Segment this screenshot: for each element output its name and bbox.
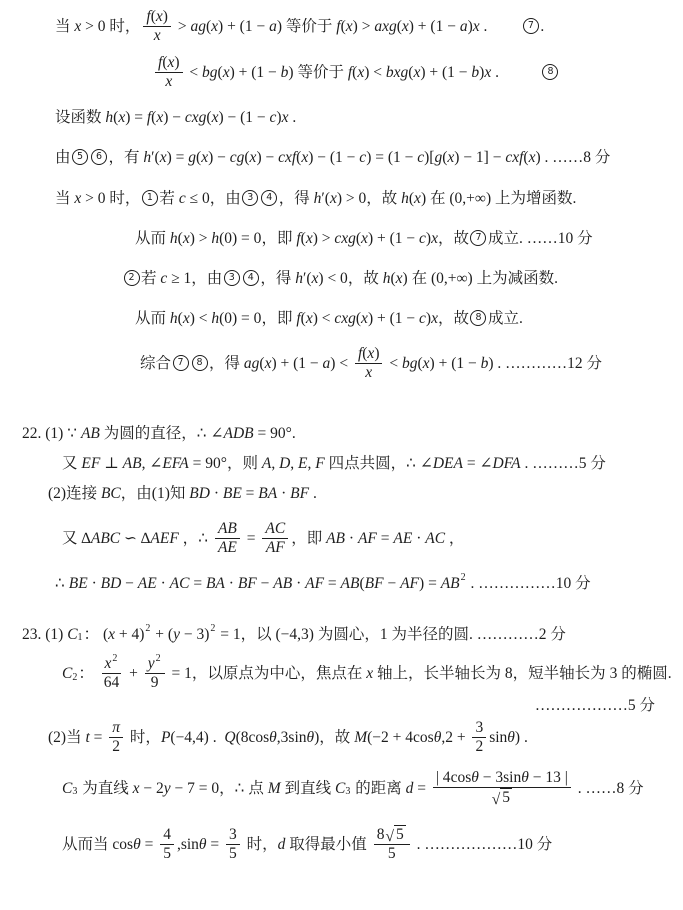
text-run: ，得 bbox=[260, 269, 295, 288]
math-run: c ≥ 1 bbox=[160, 269, 191, 288]
math-variable: M bbox=[268, 780, 281, 797]
math-variable: θ bbox=[307, 729, 315, 746]
math-variable: AC bbox=[425, 530, 445, 547]
math-variable: AF bbox=[266, 539, 285, 556]
line-23-minimum: 从而当 cosθ = 45,sinθ = 35 时，d 取得最小值 8√55 .… bbox=[62, 825, 552, 864]
line-case1: 当 x > 0 时，1若 c ≤ 0，由34，得 h′(x) > 0，故 h(x… bbox=[55, 189, 576, 208]
math-variable: c bbox=[419, 310, 426, 327]
fraction: 8√55 bbox=[374, 825, 410, 864]
math-run: f(x) > axg(x) + (1 − a)x . bbox=[336, 17, 487, 36]
math-run: 5 bbox=[229, 845, 237, 863]
text-run: 从而当 bbox=[62, 835, 112, 854]
math-operator: − 3 bbox=[479, 769, 503, 786]
math-operator: = bbox=[141, 836, 158, 853]
math-variable: AC bbox=[265, 520, 285, 537]
math-operator: 8 bbox=[505, 665, 513, 682]
math-run: c ≤ 0 bbox=[179, 189, 210, 208]
math-operator: ,2 + bbox=[441, 729, 469, 746]
math-variable: ADB bbox=[224, 425, 254, 442]
math-run: ∴ BE · BD − AE · AC = BA · BF − AB · AF … bbox=[55, 574, 460, 593]
radical-sign: √ bbox=[385, 825, 394, 844]
math-variable: A bbox=[262, 455, 271, 472]
fraction: π2 bbox=[109, 719, 123, 757]
math-operator: · bbox=[157, 575, 170, 592]
radicand: 5 bbox=[394, 825, 406, 844]
math-variable: bg bbox=[202, 64, 218, 81]
fraction: f(x)x bbox=[155, 54, 183, 92]
math-variable: AE bbox=[393, 530, 412, 547]
line-22-conclusion: ∴ BE · BD − AE · AC = BA · BF − AB · AF … bbox=[55, 574, 591, 593]
math-variable: h bbox=[105, 109, 113, 126]
math-operator: ) bbox=[374, 345, 379, 362]
line-eq8: f(x)x < bg(x) + (1 − b) 等价于 f(x) < bxg(x… bbox=[152, 54, 560, 92]
math-variable: BF bbox=[365, 575, 384, 592]
math-variable: c bbox=[179, 190, 186, 207]
text-run: 连接 bbox=[66, 484, 101, 503]
math-run: f(x) bbox=[358, 345, 380, 363]
math-operator: 2 bbox=[475, 738, 483, 755]
math-operator: ′( bbox=[151, 149, 160, 166]
math-variable: h bbox=[170, 230, 178, 247]
math-operator: + ( bbox=[151, 626, 173, 643]
text-run: 为直线 bbox=[78, 779, 132, 798]
line-combine: 综合78，得 ag(x) + (1 − a) < f(x)x < bg(x) +… bbox=[140, 345, 602, 383]
text-run: 又 bbox=[62, 454, 81, 473]
math-variable: h bbox=[143, 149, 151, 166]
line-case2-conclusion: 从而 h(x) < h(0) = 0，即 f(x) < cxg(x) + (1 … bbox=[135, 309, 523, 328]
fraction: 32 bbox=[472, 719, 486, 757]
math-run: > ag(x) + (1 − a) bbox=[174, 17, 286, 36]
math-variable: DEA bbox=[433, 455, 463, 472]
text-run: …………12 分 bbox=[505, 354, 602, 373]
math-operator: ) > bbox=[353, 18, 375, 35]
text-run: 又 bbox=[62, 529, 81, 548]
math-variable: h bbox=[401, 190, 409, 207]
text-run: ， bbox=[179, 529, 198, 548]
math-variable: π bbox=[112, 719, 120, 736]
fraction: | 4cosθ − 3sinθ − 13 |√5 bbox=[433, 769, 571, 808]
math-variable: x bbox=[361, 230, 368, 247]
math-operator: ′( bbox=[303, 270, 312, 287]
math-variable: C bbox=[335, 780, 345, 797]
math-run: 3 bbox=[610, 664, 622, 683]
math-run: f(x) > cxg(x) + (1 − c)x bbox=[296, 229, 438, 248]
denominator: x bbox=[362, 364, 375, 382]
math-operator: 23. (1) bbox=[22, 626, 67, 643]
math-variable: BD bbox=[189, 485, 210, 502]
math-run: ∴ ∠ADB = 90°. bbox=[197, 424, 296, 443]
text-run: 上为增函数. bbox=[495, 189, 576, 208]
math-operator: ) bbox=[421, 190, 430, 207]
math-operator: 2 bbox=[112, 738, 120, 755]
math-run: h′(x) < 0 bbox=[295, 269, 348, 288]
square-root: √5 bbox=[492, 788, 512, 807]
text-run: ………………10 分 bbox=[424, 835, 552, 854]
math-operator: − 3) bbox=[180, 626, 209, 643]
numerator: x2 bbox=[102, 655, 122, 674]
math-variable: x bbox=[105, 655, 112, 672]
math-run: . bbox=[574, 779, 586, 798]
math-run: A, D, E, F bbox=[262, 454, 329, 473]
text-run: ，则 bbox=[227, 454, 262, 473]
math-run: θ,2 + bbox=[434, 728, 470, 747]
math-operator: = bbox=[243, 530, 260, 547]
math-operator: ) > 0 bbox=[337, 190, 366, 207]
text-run: ，由 bbox=[121, 484, 152, 503]
denominator: AE bbox=[215, 539, 240, 557]
denominator: 5 bbox=[385, 845, 399, 863]
line-22-similar: 又 ∆ABC ∽ ∆AEF ，∴ ABAE = ACAF，即 AB · AF =… bbox=[62, 520, 464, 558]
math-run: 9 bbox=[151, 674, 159, 692]
circled-number: 3 bbox=[242, 190, 258, 206]
line-h-prime: 由56，有 h′(x) = g(x) − cg(x) − cxf(x) − (1… bbox=[55, 148, 610, 167]
function-name: sin bbox=[489, 728, 507, 747]
math-variable: F bbox=[315, 455, 324, 472]
text-run: 从而 bbox=[135, 309, 170, 328]
math-operator: > bbox=[174, 18, 191, 35]
math-operator: 5 bbox=[388, 845, 396, 862]
math-operator: (0) = 0 bbox=[219, 230, 261, 247]
document-page: 当 x > 0 时，f(x)x > ag(x) + (1 − a) 等价于 f(… bbox=[0, 0, 683, 910]
math-operator: ≥ 1 bbox=[167, 270, 191, 287]
circled-number: 8 bbox=[542, 64, 558, 80]
math-operator: )[ bbox=[424, 149, 434, 166]
text-run: 从而 bbox=[135, 229, 170, 248]
text-run: 为圆的直径， bbox=[104, 424, 197, 443]
numerator: 4 bbox=[160, 826, 174, 845]
math-run: x > 0 bbox=[74, 17, 109, 36]
math-operator: . bbox=[491, 64, 499, 81]
math-variable: x bbox=[306, 230, 313, 247]
text-run: ， bbox=[219, 779, 235, 798]
math-operator: ) > bbox=[190, 230, 212, 247]
math-operator: | 4 bbox=[436, 769, 451, 786]
math-operator: 3 bbox=[475, 719, 483, 736]
math-operator: = bbox=[207, 836, 224, 853]
math-run: + bbox=[125, 664, 142, 683]
math-variable: ag bbox=[190, 18, 206, 35]
math-operator: ) + (1 − bbox=[430, 355, 481, 372]
subscript: 3 bbox=[345, 786, 350, 799]
math-run: C bbox=[62, 664, 72, 683]
math-variable: h bbox=[211, 310, 219, 327]
math-variable: x bbox=[330, 190, 337, 207]
superscript: 2 bbox=[145, 623, 150, 636]
text-run: 当 bbox=[66, 728, 85, 747]
math-operator: ) − (1 − bbox=[308, 149, 359, 166]
denominator: x bbox=[151, 27, 164, 45]
math-operator: (2) bbox=[48, 729, 66, 746]
text-run: ，由 bbox=[191, 269, 222, 288]
text-run: 在 bbox=[412, 269, 431, 288]
math-variable: x bbox=[431, 310, 438, 327]
math-variable: AB bbox=[326, 530, 345, 547]
line-23-c2-score: ………………5 分 bbox=[535, 696, 655, 715]
math-variable: AC bbox=[170, 575, 190, 592]
denominator: 2 bbox=[472, 738, 486, 756]
math-run: h(x) bbox=[401, 189, 430, 208]
math-operator: . bbox=[413, 836, 425, 853]
text-run: 综合 bbox=[140, 354, 171, 373]
math-operator: · bbox=[225, 575, 238, 592]
math-run: (0,+∞) bbox=[431, 269, 477, 288]
text-run: ………5 分 bbox=[532, 454, 606, 473]
text-run: ： bbox=[84, 625, 103, 644]
math-variable: x bbox=[306, 310, 313, 327]
math-operator: ) = bbox=[167, 149, 189, 166]
math-operator: ) + (1 − bbox=[409, 18, 460, 35]
math-run: (2) bbox=[48, 728, 66, 747]
math-run: x bbox=[105, 655, 112, 673]
numerator: π bbox=[109, 719, 123, 738]
math-run: x bbox=[154, 27, 161, 45]
circled-number: 1 bbox=[142, 190, 158, 206]
math-run: M(−2 + 4 bbox=[354, 728, 413, 747]
line-22-cyclic: 又 EF ⊥ AB, ∠EFA = 90°，则 A, D, E, F 四点共圆，… bbox=[62, 454, 606, 473]
text-run: ，短半轴长为 bbox=[513, 664, 610, 683]
text-run: 的椭圆. bbox=[621, 664, 671, 683]
line-case1-conclusion: 从而 h(x) > h(0) = 0，即 f(x) > cxg(x) + (1 … bbox=[135, 229, 593, 248]
math-variable: DFA bbox=[492, 455, 520, 472]
math-operator: 5 bbox=[229, 845, 237, 862]
math-run: d = bbox=[406, 779, 430, 798]
function-name: sin bbox=[503, 769, 521, 787]
math-variable: h bbox=[211, 230, 219, 247]
math-run: AE bbox=[218, 539, 237, 557]
text-run: 等价于 bbox=[297, 63, 347, 82]
text-run: ，故 bbox=[366, 189, 401, 208]
math-variable: BA bbox=[206, 575, 225, 592]
math-variable: x bbox=[402, 18, 409, 35]
math-run: 5 bbox=[502, 789, 510, 807]
fraction: 35 bbox=[226, 826, 240, 864]
math-variable: bxg bbox=[386, 64, 408, 81]
math-operator: − 2 bbox=[140, 780, 164, 797]
superscript: 2 bbox=[210, 623, 215, 636]
math-operator: = 90° bbox=[189, 455, 227, 472]
line-eq7: 当 x > 0 时，f(x)x > ag(x) + (1 − a) 等价于 f(… bbox=[55, 8, 544, 46]
math-run: f(x) < cxg(x) + (1 − c)x bbox=[296, 309, 438, 328]
spacer bbox=[487, 26, 521, 27]
math-variable: AB bbox=[341, 575, 360, 592]
math-operator: ) bbox=[403, 270, 412, 287]
math-operator: 4 bbox=[163, 826, 171, 843]
text-run: 的距离 bbox=[351, 779, 405, 798]
radicand: 5 bbox=[500, 788, 512, 807]
text-run: ， bbox=[445, 529, 464, 548]
math-variable: AF bbox=[358, 530, 377, 547]
math-variable: BA bbox=[258, 485, 277, 502]
math-run: 23. (1) C bbox=[22, 625, 78, 644]
text-run: ： bbox=[78, 664, 97, 683]
circled-number: 2 bbox=[124, 270, 140, 286]
math-operator: − bbox=[121, 575, 138, 592]
math-run: h(x) bbox=[383, 269, 412, 288]
math-run: h(x) > h(0) = 0 bbox=[170, 229, 262, 248]
math-run: θ − 3 bbox=[471, 769, 503, 787]
math-variable: BE bbox=[223, 485, 242, 502]
numerator: f(x) bbox=[143, 8, 171, 27]
spacer bbox=[499, 72, 541, 73]
math-operator: ∴ bbox=[198, 530, 212, 547]
text-run: 时， bbox=[109, 17, 140, 36]
math-run: = bbox=[243, 529, 260, 548]
math-run: < bg(x) + (1 − b) . bbox=[385, 354, 505, 373]
math-operator: · bbox=[412, 530, 425, 547]
math-operator: (2) bbox=[48, 485, 66, 502]
fraction: ACAF bbox=[262, 520, 288, 558]
numerator: | 4cosθ − 3sinθ − 13 | bbox=[433, 769, 571, 788]
math-variable: cxg bbox=[334, 230, 356, 247]
math-run: . bbox=[540, 17, 544, 36]
text-run: ，得 bbox=[279, 189, 314, 208]
math-operator: ) + (1 − bbox=[230, 64, 281, 81]
math-variable: AF bbox=[305, 575, 324, 592]
math-variable: cxg bbox=[334, 310, 356, 327]
math-operator: ) . bbox=[535, 149, 552, 166]
fraction: f(x)x bbox=[355, 345, 383, 383]
math-variable: BF bbox=[290, 485, 309, 502]
math-variable: g bbox=[188, 149, 196, 166]
math-run: θ = bbox=[199, 835, 223, 854]
math-run: 5 bbox=[388, 845, 396, 863]
math-run: θ − 13 | bbox=[521, 769, 568, 787]
text-run: 为圆心， bbox=[318, 625, 380, 644]
circled-number: 8 bbox=[470, 310, 486, 326]
math-operator: · bbox=[88, 575, 101, 592]
text-run: ，故 bbox=[438, 309, 469, 328]
math-run: x bbox=[366, 664, 377, 683]
math-operator: ) + (1 − bbox=[271, 355, 322, 372]
math-run: AF bbox=[266, 539, 285, 557]
math-variable: cxf bbox=[505, 149, 523, 166]
subscript: 2 bbox=[72, 672, 77, 685]
denominator: x bbox=[162, 73, 175, 91]
math-operator: · bbox=[292, 575, 305, 592]
denominator: √5 bbox=[488, 788, 516, 807]
circled-number: 7 bbox=[523, 18, 539, 34]
math-run: d bbox=[278, 835, 290, 854]
math-variable: BC bbox=[101, 485, 121, 502]
math-operator: . bbox=[480, 18, 488, 35]
math-variable: EFA bbox=[162, 455, 188, 472]
fraction: y29 bbox=[145, 655, 165, 693]
math-operator: 9 bbox=[151, 674, 159, 691]
math-run: h′(x) > 0 bbox=[314, 189, 367, 208]
math-variable: a bbox=[269, 18, 277, 35]
math-variable: BD bbox=[101, 575, 122, 592]
math-variable: AEF bbox=[150, 530, 178, 547]
function-name: sin bbox=[288, 728, 306, 747]
math-operator: ) bbox=[277, 18, 286, 35]
math-operator: − 7 = 0 bbox=[171, 780, 219, 797]
math-operator: ) < bbox=[313, 310, 335, 327]
math-operator: ) + (1 − bbox=[420, 64, 471, 81]
math-variable: y bbox=[164, 780, 171, 797]
math-variable: AB bbox=[81, 425, 100, 442]
math-operator: (−4,4) . bbox=[170, 729, 224, 746]
math-variable: x bbox=[183, 230, 190, 247]
denominator: 9 bbox=[148, 674, 162, 692]
math-variable: x bbox=[108, 626, 115, 643]
math-variable: cxg bbox=[185, 109, 207, 126]
math-run: (−4,3) bbox=[276, 625, 318, 644]
math-variable: P bbox=[161, 729, 170, 746]
math-variable: x bbox=[154, 27, 161, 44]
math-variable: cxf bbox=[278, 149, 296, 166]
math-run: x bbox=[365, 364, 372, 382]
math-run: h(x) < h(0) = 0 bbox=[170, 309, 262, 328]
text-run: ，故 bbox=[348, 269, 383, 288]
math-run: 5 bbox=[163, 845, 171, 863]
math-run: f(x) bbox=[146, 8, 168, 26]
math-operator: ) − bbox=[256, 149, 278, 166]
math-run: BC bbox=[101, 484, 121, 503]
math-run: x > 0 bbox=[74, 189, 109, 208]
math-run: (1) bbox=[152, 484, 170, 503]
math-operator: . bbox=[574, 780, 586, 797]
math-run: ∆ABC ∽ ∆AEF bbox=[81, 529, 178, 548]
math-run: 3 bbox=[229, 826, 237, 844]
math-operator: ) bbox=[163, 8, 168, 25]
math-variable: AF bbox=[400, 575, 419, 592]
text-run: 取得最小值 bbox=[289, 835, 370, 854]
math-run: (x + 4) bbox=[103, 625, 144, 644]
math-operator: ) + (1 − bbox=[368, 230, 419, 247]
numerator: y2 bbox=[145, 655, 165, 674]
text-run: 为半径的圆. …………2 分 bbox=[391, 625, 565, 644]
math-run: 22. (1) ∵ AB bbox=[22, 424, 104, 443]
text-run: 等价于 bbox=[286, 17, 336, 36]
math-operator: ∴ bbox=[235, 780, 249, 797]
math-run: x − 2y − 7 = 0 bbox=[133, 779, 220, 798]
line-def-h: 设函数 h(x) = f(x) − cxg(x) − (1 − c)x . bbox=[55, 108, 296, 127]
math-run: π bbox=[112, 719, 120, 737]
superscript: 2 bbox=[461, 572, 466, 585]
math-run: C bbox=[335, 779, 345, 798]
math-run: y bbox=[148, 655, 155, 673]
fraction: x264 bbox=[101, 655, 123, 693]
text-run: ，有 bbox=[109, 148, 144, 167]
text-run: 时， bbox=[126, 728, 161, 747]
math-operator: 22. (1) ∵ bbox=[22, 425, 81, 442]
line-22-part2-connect: (2)连接 BC，由(1)知 BD · BE = BA · BF . bbox=[48, 484, 317, 503]
math-run: ∴ ∠DEA = ∠DFA . bbox=[406, 454, 532, 473]
function-name: cos bbox=[112, 835, 133, 854]
math-operator: ,3 bbox=[277, 729, 289, 746]
math-run: (0,+∞) bbox=[449, 189, 495, 208]
math-operator: > 0 bbox=[81, 190, 109, 207]
math-variable: axg bbox=[374, 18, 396, 35]
math-operator: − bbox=[384, 575, 401, 592]
math-operator: , ∠ bbox=[142, 455, 163, 472]
line-23-c1: 23. (1) C1： (x + 4)2 + (y − 3)2 = 1，以 (−… bbox=[22, 625, 566, 644]
math-operator: = bbox=[413, 780, 430, 797]
math-run: x bbox=[165, 73, 172, 91]
math-operator: = 1 bbox=[216, 626, 240, 643]
text-run: ，故 bbox=[438, 229, 469, 248]
math-operator: (0) = 0 bbox=[219, 310, 261, 327]
math-variable: AB bbox=[441, 575, 460, 592]
math-run: . bbox=[413, 835, 425, 854]
math-operator: ∆ bbox=[81, 530, 90, 547]
math-variable: x bbox=[133, 780, 140, 797]
math-operator: , bbox=[290, 455, 298, 472]
math-operator: . bbox=[521, 455, 533, 472]
math-variable: b bbox=[471, 64, 479, 81]
math-operator: ) < bbox=[190, 310, 212, 327]
math-operator: 5 bbox=[396, 826, 404, 843]
